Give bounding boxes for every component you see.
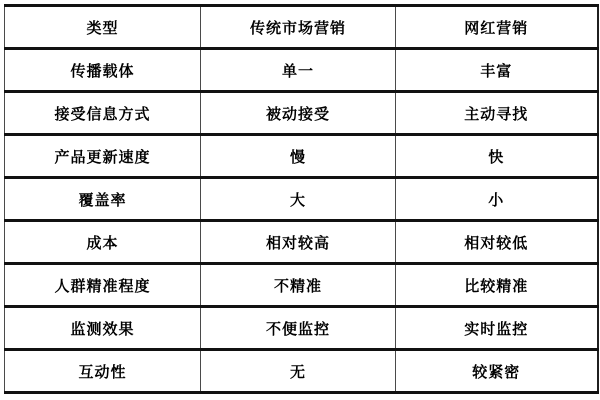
table-row: 接受信息方式被动接受主动寻找 — [5, 92, 598, 135]
value-cell: 小 — [396, 178, 598, 221]
row-label-cell: 传播载体 — [5, 49, 201, 92]
value-cell: 慢 — [201, 135, 396, 178]
table-row: 覆盖率大小 — [5, 178, 598, 221]
row-label-cell: 成本 — [5, 221, 201, 264]
table-row: 传播载体单一丰富 — [5, 49, 598, 92]
value-cell: 主动寻找 — [396, 92, 598, 135]
value-cell: 被动接受 — [201, 92, 396, 135]
value-cell: 丰富 — [396, 49, 598, 92]
value-cell: 较紧密 — [396, 350, 598, 393]
value-cell: 相对较低 — [396, 221, 598, 264]
row-label-cell: 接受信息方式 — [5, 92, 201, 135]
header-cell: 网红营销 — [396, 6, 598, 49]
table-header: 类型传统市场营销网红营销 — [5, 6, 598, 49]
value-cell: 快 — [396, 135, 598, 178]
value-cell: 比较精准 — [396, 264, 598, 307]
comparison-table: 类型传统市场营销网红营销 传播载体单一丰富接受信息方式被动接受主动寻找产品更新速… — [4, 4, 599, 394]
table-row: 人群精准程度不精准比较精准 — [5, 264, 598, 307]
value-cell: 单一 — [201, 49, 396, 92]
row-label-cell: 互动性 — [5, 350, 201, 393]
value-cell: 无 — [201, 350, 396, 393]
document-page: 类型传统市场营销网红营销 传播载体单一丰富接受信息方式被动接受主动寻找产品更新速… — [0, 0, 600, 400]
value-cell: 相对较高 — [201, 221, 396, 264]
value-cell: 不便监控 — [201, 307, 396, 350]
value-cell: 实时监控 — [396, 307, 598, 350]
header-cell: 类型 — [5, 6, 201, 49]
row-label-cell: 监测效果 — [5, 307, 201, 350]
value-cell: 大 — [201, 178, 396, 221]
header-row: 类型传统市场营销网红营销 — [5, 6, 598, 49]
table-row: 成本相对较高相对较低 — [5, 221, 598, 264]
header-cell: 传统市场营销 — [201, 6, 396, 49]
row-label-cell: 产品更新速度 — [5, 135, 201, 178]
table-row: 产品更新速度慢快 — [5, 135, 598, 178]
value-cell: 不精准 — [201, 264, 396, 307]
table-body: 传播载体单一丰富接受信息方式被动接受主动寻找产品更新速度慢快覆盖率大小成本相对较… — [5, 49, 598, 393]
table-row: 监测效果不便监控实时监控 — [5, 307, 598, 350]
row-label-cell: 人群精准程度 — [5, 264, 201, 307]
table-row: 互动性无较紧密 — [5, 350, 598, 393]
row-label-cell: 覆盖率 — [5, 178, 201, 221]
